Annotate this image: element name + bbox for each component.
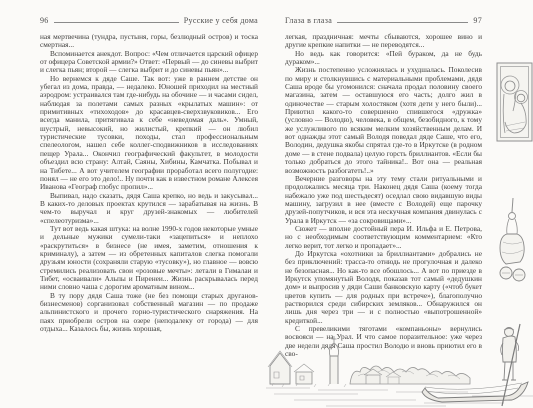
page-left: 96 Русские у себя дома ная мертвечина (т… [40, 16, 258, 333]
paragraph: Выпивал, надо сказать, дядя Саша крепко,… [40, 192, 258, 225]
right-page-text: легкая, праздничная: мечты сбываются, хо… [285, 33, 482, 358]
paragraph: Вспоминается анекдот. Вопрос: «Чем отлич… [40, 50, 258, 75]
left-page-number: 96 [40, 16, 49, 25]
left-running-title: Русские у себя дома [184, 16, 258, 25]
river-boatman-illustration [266, 322, 533, 408]
book-spread: 96 Русские у себя дома ная мертвечина (т… [0, 0, 533, 408]
paragraph: ная мертвечина (тундра, пустыня, горы, б… [40, 33, 258, 50]
paragraph: До Иркутска «охотники за бриллиантами» д… [285, 250, 482, 325]
right-page-number: 97 [473, 16, 482, 25]
paragraph: легкая, праздничная: мечты сбываются, хо… [285, 33, 482, 50]
paragraph: В ту пору дядя Саша тоже (не без помощи … [40, 292, 258, 334]
paragraph: Но ведь как говорится: «Пей бураком, да … [285, 50, 482, 67]
orthodox-icon-illustration [496, 62, 533, 142]
right-running-title: Глаза в глаза [285, 16, 332, 25]
paragraph: Сюжет — вполне достойный пера И. Ильфа и… [285, 225, 482, 250]
header-rule [54, 21, 179, 23]
left-page-header: 96 Русские у себя дома [40, 16, 258, 25]
paragraph: Тут вот ведь какая штука: на волне 1990-… [40, 225, 258, 292]
hanging-bells-illustration [492, 198, 533, 290]
paragraph: Но вернемся к дяде Саше. Так вот: уже в … [40, 75, 258, 192]
header-rule [337, 21, 468, 23]
paragraph: Вечерние разговоры на эту тему стали рит… [285, 175, 482, 225]
paragraph: Жизнь постепенно усложнялась и ухудшалас… [285, 66, 482, 174]
page-right: Глаза в глаза 97 легкая, праздничная: ме… [285, 16, 482, 358]
left-page-text: ная мертвечина (тундра, пустыня, горы, б… [40, 33, 258, 333]
right-page-header: Глаза в глаза 97 [285, 16, 482, 25]
